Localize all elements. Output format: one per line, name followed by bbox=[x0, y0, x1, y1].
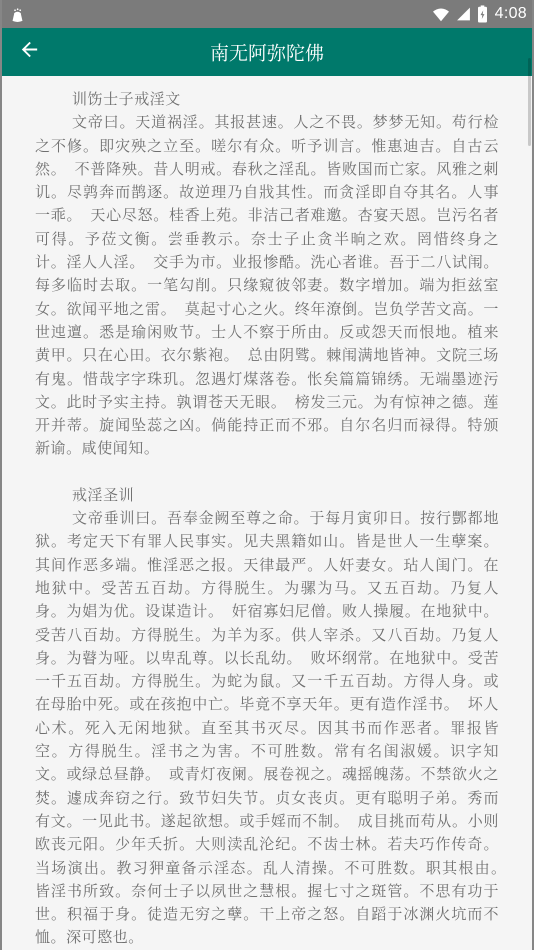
wifi-icon bbox=[432, 6, 450, 22]
cellular-signal-icon bbox=[455, 6, 472, 22]
back-button[interactable] bbox=[16, 39, 42, 65]
app-bar: 南无阿弥陀佛 bbox=[2, 28, 532, 76]
scrollbar[interactable] bbox=[528, 58, 531, 146]
section-xunchi: 训饬士子戒淫文 文帝曰。天道祸淫。其报甚速。人之不畏。梦梦无知。苟行检之不修。即… bbox=[35, 88, 499, 461]
section-title: 戒淫圣训 bbox=[35, 484, 499, 507]
section-paragraph: 文帝曰。天道祸淫。其报甚速。人之不畏。梦梦无知。苟行检之不修。即灾殃之立至。嗟尔… bbox=[35, 111, 499, 460]
arrow-left-icon bbox=[18, 38, 41, 66]
status-bar-clock: 4:08 bbox=[495, 5, 527, 23]
battery-charging-icon bbox=[477, 5, 488, 23]
scripture-text-area[interactable]: 训饬士子戒淫文 文帝曰。天道祸淫。其报甚速。人之不畏。梦梦无知。苟行检之不修。即… bbox=[2, 76, 532, 950]
page-title: 南无阿弥陀佛 bbox=[210, 39, 324, 66]
app-screen: 4:08 南无阿弥陀佛 训饬士子戒淫文 文帝曰。天道祸淫。其报甚速。人之不畏。梦… bbox=[0, 0, 534, 950]
section-paragraph: 文帝垂训曰。吾奉金阙至尊之命。于每月寅卯日。按行酆都地狱。考定天下有罪人民事实。… bbox=[35, 507, 499, 950]
notification-icon bbox=[9, 6, 26, 23]
status-bar-right-icons: 4:08 bbox=[432, 5, 527, 23]
section-jieyin: 戒淫圣训 文帝垂训曰。吾奉金阙至尊之命。于每月寅卯日。按行酆都地狱。考定天下有罪… bbox=[35, 484, 499, 950]
section-title: 训饬士子戒淫文 bbox=[35, 88, 499, 111]
status-bar: 4:08 bbox=[2, 0, 532, 28]
